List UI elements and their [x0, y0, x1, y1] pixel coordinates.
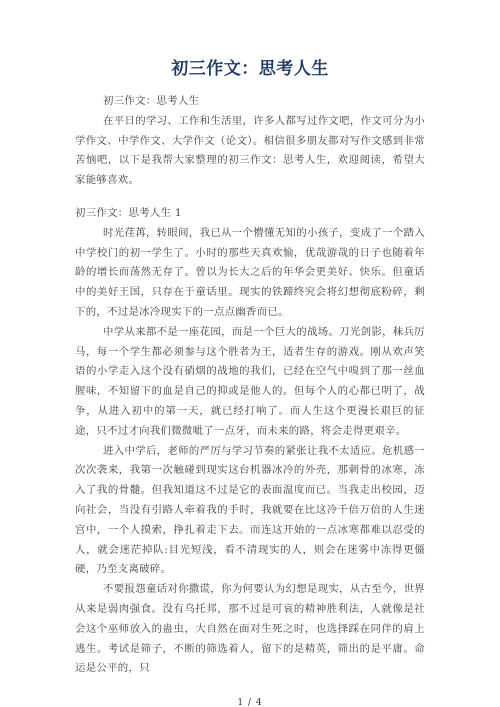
document-page: 初三作文：思考人生 初三作文：思考人生 在平日的学习、工作和生活里，许多人都写过… — [0, 0, 500, 707]
section-heading: 初三作文：思考人生 1 — [75, 204, 425, 224]
page-number-indicator: 1 / 4 — [237, 698, 262, 707]
essay-paragraph: 进入中学后，老师的严厉与学习节奏的紧张让我不太适应。危机感一次次袭来，我第一次触… — [75, 442, 425, 581]
document-meta-line: 初三作文：思考人生 — [75, 92, 425, 112]
document-title: 初三作文：思考人生 — [75, 57, 425, 81]
intro-paragraph: 在平日的学习、工作和生活里，许多人都写过作文吧，作文可分为小学作文、中学作文、大… — [75, 112, 425, 191]
essay-paragraph: 时光荏苒，转眼间，我已从一个懵懂无知的小孩子，变成了一个踏入中学校门的初一学生了… — [75, 224, 425, 323]
page-footer: 1 / 4 — [75, 690, 425, 707]
essay-paragraph: 中学从来都不是一座花园，而是一个巨大的战场。刀光剑影，秣兵厉马，每一个学生都必须… — [75, 323, 425, 442]
essay-paragraph: 不要报怨童话对你撒谎，你为何要认为幻想是现实，从古至今，世界从来是弱肉强食。没有… — [75, 580, 425, 679]
